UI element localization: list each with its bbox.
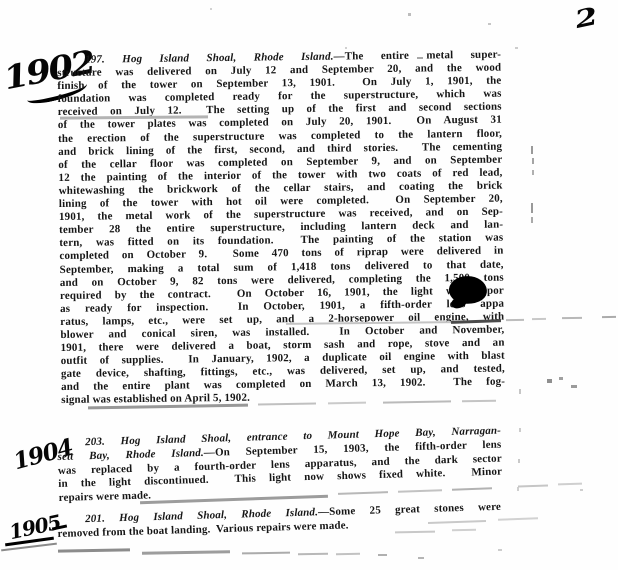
scan-artifact: [517, 487, 519, 491]
entry-text: —The entire metal super-: [334, 49, 502, 63]
scan-artifact: [142, 550, 230, 555]
scan-artifact: [518, 459, 520, 463]
scan-artifact: [515, 47, 518, 49]
scan-artifact: [558, 483, 582, 486]
scan-artifact: [408, 13, 411, 16]
scan-artifact: [532, 170, 534, 175]
scanned-document-page: 2 1902 1904 1905 197. Hog Island Shoal, …: [0, 0, 618, 570]
scan-artifact: [298, 553, 328, 556]
scan-artifact: [531, 203, 533, 213]
scan-artifact: [345, 47, 347, 49]
scan-artifact: [532, 318, 546, 320]
handwritten-page-number: 2: [573, 4, 600, 32]
scan-artifact: [519, 389, 521, 394]
scan-artifact: [452, 529, 476, 531]
scan-artifact: [531, 146, 533, 154]
scan-artifact: [562, 317, 582, 319]
scan-artifact: [559, 377, 563, 380]
scan-artifact: [518, 484, 548, 487]
scan-artifact: [571, 385, 577, 388]
scan-artifact: [498, 517, 538, 520]
scan-artifact: [498, 549, 502, 551]
scan-artifact: [532, 158, 534, 164]
scan-artifact: [417, 57, 423, 59]
entry-197: 197. Hog Island Shoal, Rhode Island.—The…: [57, 49, 505, 408]
scan-artifact: [580, 489, 583, 491]
scan-artifact: [210, 8, 212, 10]
scan-artifact: [488, 23, 491, 25]
scan-artifact: [242, 552, 290, 555]
scan-artifact: [531, 217, 533, 223]
entry-body: structure was delivered on July 12 and S…: [57, 62, 505, 408]
scan-artifact: [328, 402, 366, 405]
scan-artifact: [58, 548, 130, 552]
scan-artifact: [547, 379, 552, 383]
scan-artifact: [395, 531, 435, 534]
scan-artifact: [258, 402, 316, 405]
scan-artifact: [602, 316, 616, 318]
entry-203: 203. Hog Island Shoal, entrance to Mount…: [57, 425, 503, 506]
scan-artifact: [336, 553, 360, 555]
scan-artifact: [418, 557, 424, 559]
scan-artifact: [506, 319, 524, 321]
scan-artifact: [519, 428, 521, 432]
scan-artifact: [378, 554, 387, 556]
